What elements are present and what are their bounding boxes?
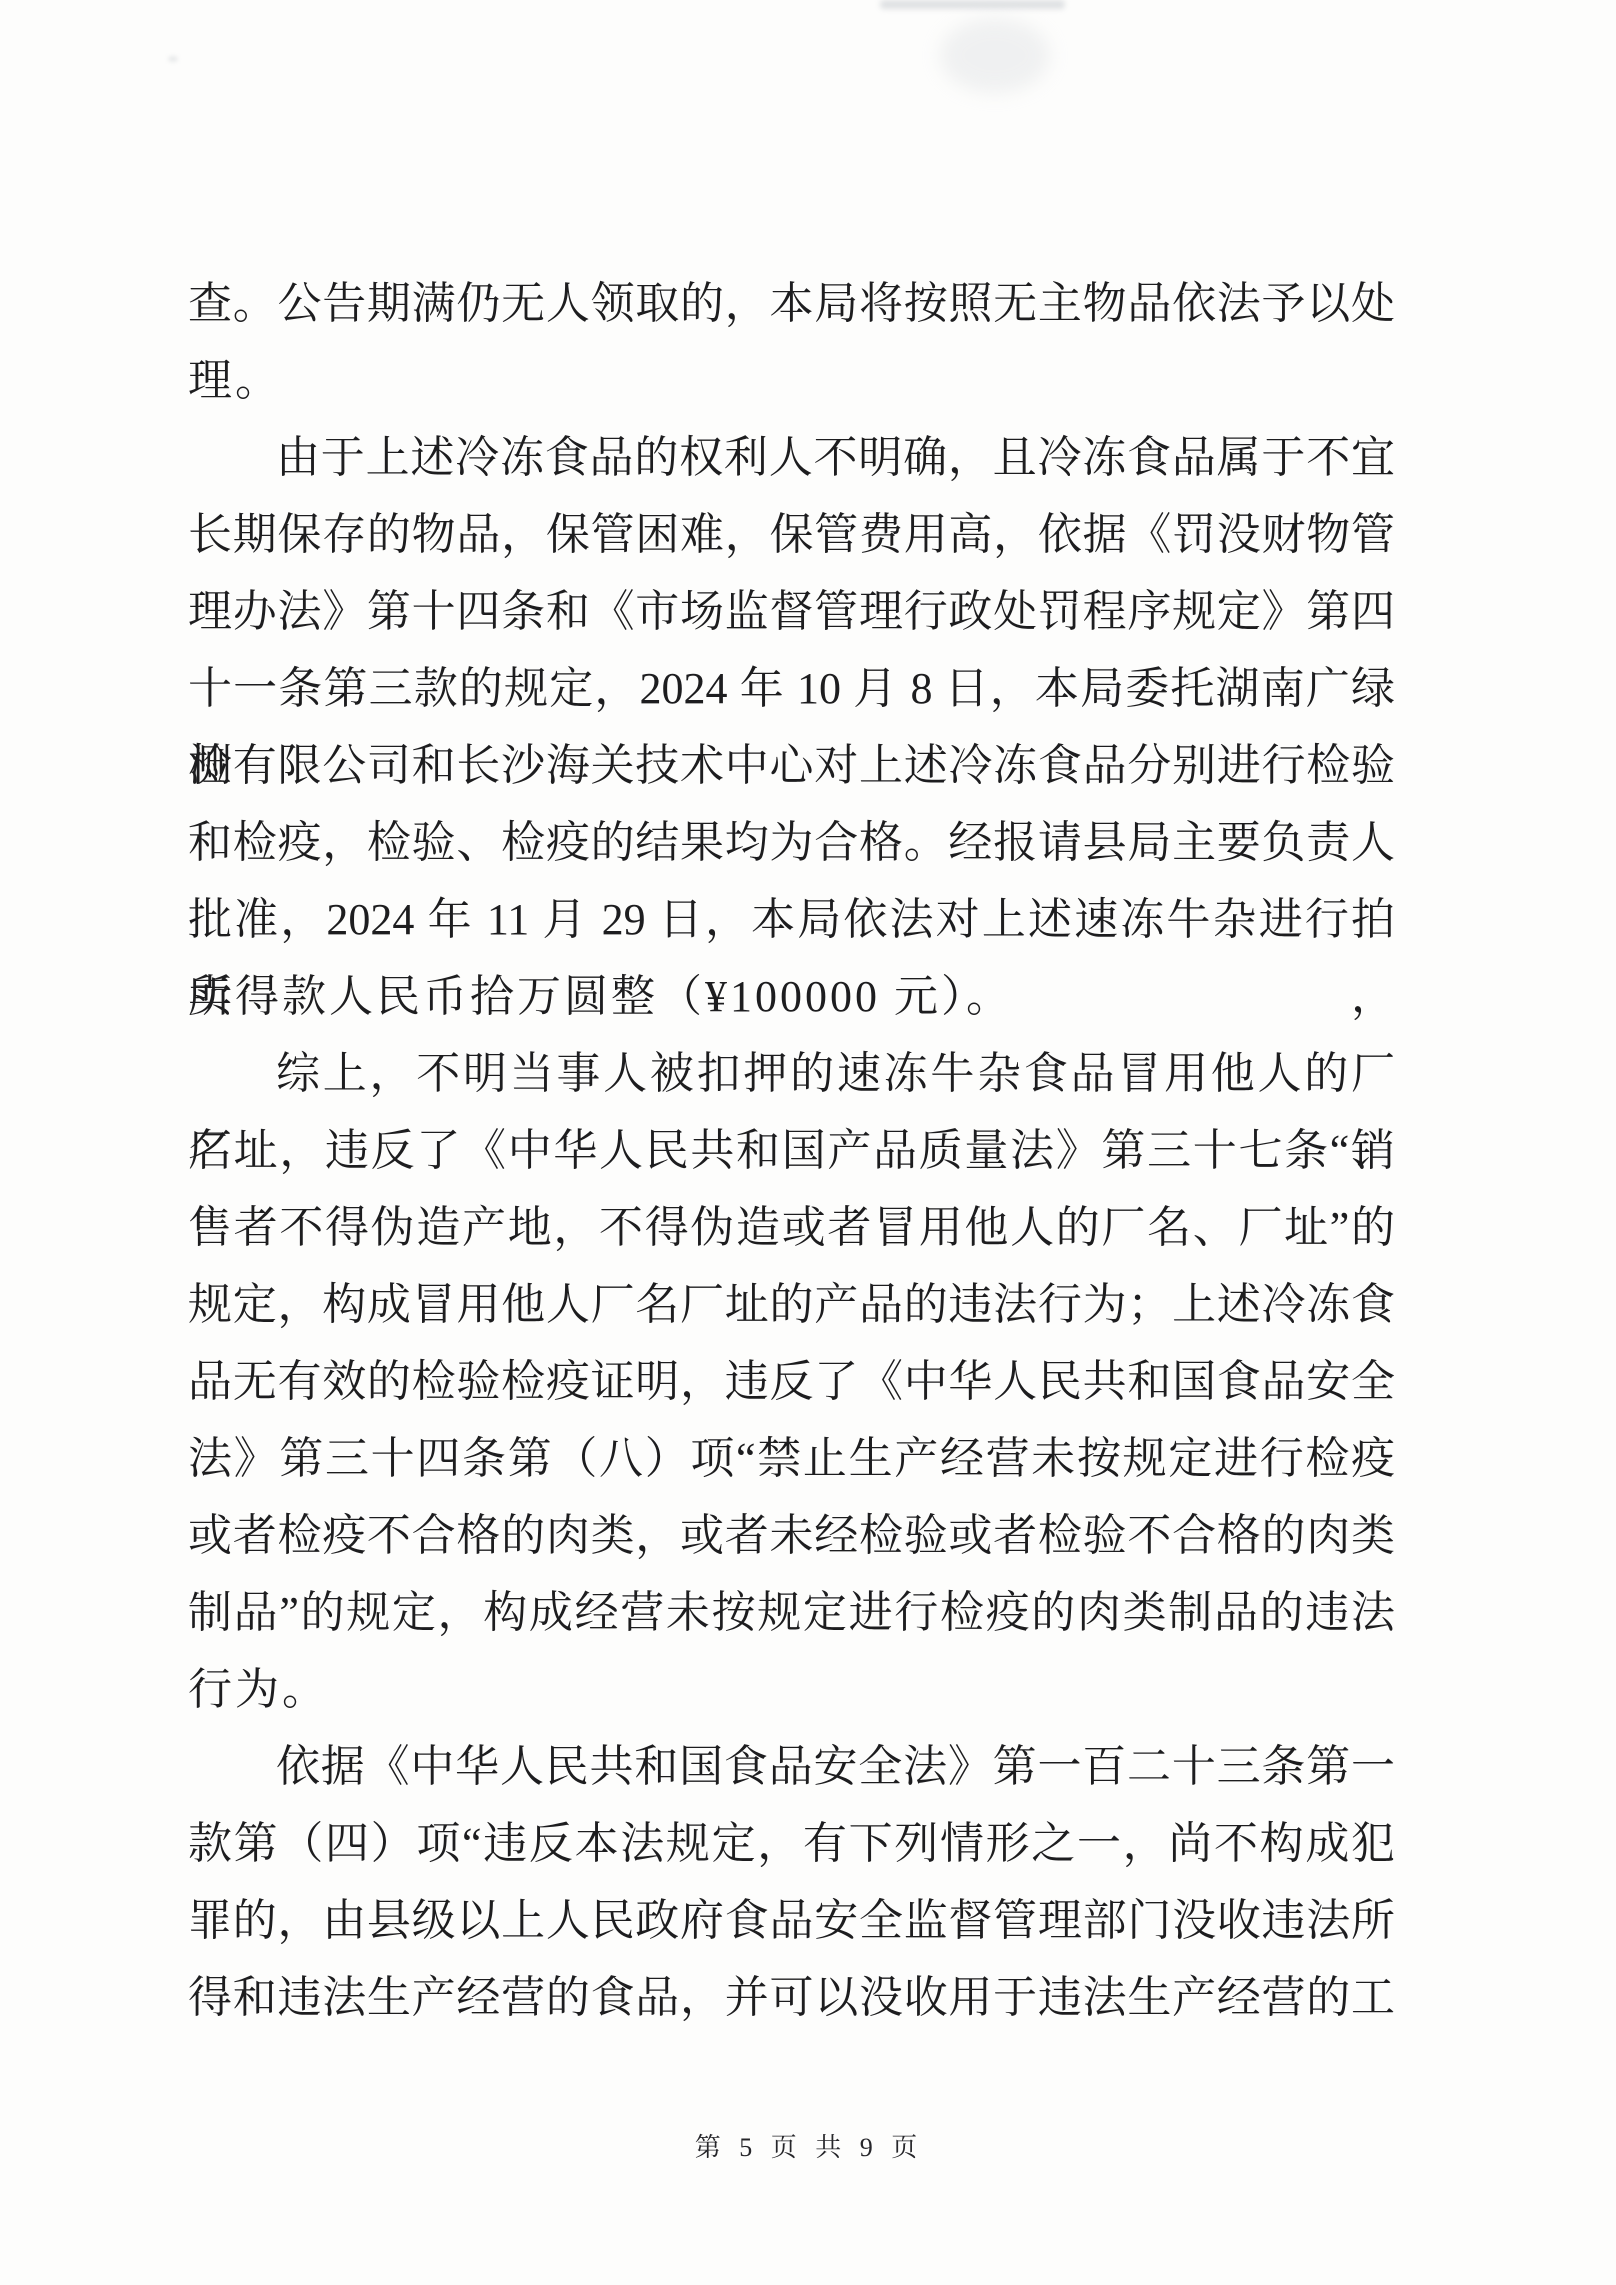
- text-line: 厂址，违反了《中华人民共和国产品质量法》第三十七条“销: [188, 1112, 1395, 1189]
- text-line: 查。公告期满仍无人领取的，本局将按照无主物品依法予以处: [188, 265, 1395, 342]
- text-line: 售者不得伪造产地，不得伪造或者冒用他人的厂名、厂址”的: [188, 1189, 1395, 1266]
- page-footer: 第 5 页 共 9 页: [0, 2128, 1616, 2168]
- scan-artifact-streak: [880, 0, 1065, 9]
- text-line: 法》第三十四条第（八）项“禁止生产经营未按规定进行检疫: [188, 1420, 1395, 1497]
- text-line: 十一条第三款的规定，2024 年 10 月 8 日，本局委托湖南广绿检: [188, 650, 1395, 727]
- text-line: 罪的，由县级以上人民政府食品安全监督管理部门没收违法所: [188, 1882, 1395, 1959]
- text-line: 制品”的规定，构成经营未按规定进行检疫的肉类制品的违法: [188, 1574, 1395, 1651]
- scan-artifact-blob: [940, 18, 1050, 93]
- text-line: 批准，2024 年 11 月 29 日，本局依法对上述速冻牛杂进行拍卖，: [188, 881, 1395, 958]
- body-text: 查。公告期满仍无人领取的，本局将按照无主物品依法予以处理。由于上述冷冻食品的权利…: [188, 265, 1395, 2036]
- text-line: 测有限公司和长沙海关技术中心对上述冷冻食品分别进行检验: [188, 727, 1395, 804]
- text-line: 款第（四）项“违反本法规定，有下列情形之一，尚不构成犯: [188, 1805, 1395, 1882]
- text-line: 理办法》第十四条和《市场监督管理行政处罚程序规定》第四: [188, 573, 1395, 650]
- text-line: 综上，不明当事人被扣押的速冻牛杂食品冒用他人的厂名、: [188, 1035, 1395, 1112]
- text-line: 得和违法生产经营的食品，并可以没收用于违法生产经营的工: [188, 1959, 1395, 2036]
- text-line: 或者检疫不合格的肉类，或者未经检验或者检验不合格的肉类: [188, 1497, 1395, 1574]
- scan-artifact-speck: [168, 56, 178, 62]
- text-line: 理。: [188, 342, 1395, 419]
- text-line: 规定，构成冒用他人厂名厂址的产品的违法行为；上述冷冻食: [188, 1266, 1395, 1343]
- text-line: 和检疫，检验、检疫的结果均为合格。经报请县局主要负责人: [188, 804, 1395, 881]
- document-page: 查。公告期满仍无人领取的，本局将按照无主物品依法予以处理。由于上述冷冻食品的权利…: [0, 0, 1616, 2285]
- text-line: 长期保存的物品，保管困难，保管费用高，依据《罚没财物管: [188, 496, 1395, 573]
- text-line: 品无有效的检验检疫证明，违反了《中华人民共和国食品安全: [188, 1343, 1395, 1420]
- text-line: 行为。: [188, 1651, 1395, 1728]
- text-line: 由于上述冷冻食品的权利人不明确，且冷冻食品属于不宜: [188, 419, 1395, 496]
- text-line: 依据《中华人民共和国食品安全法》第一百二十三条第一: [188, 1728, 1395, 1805]
